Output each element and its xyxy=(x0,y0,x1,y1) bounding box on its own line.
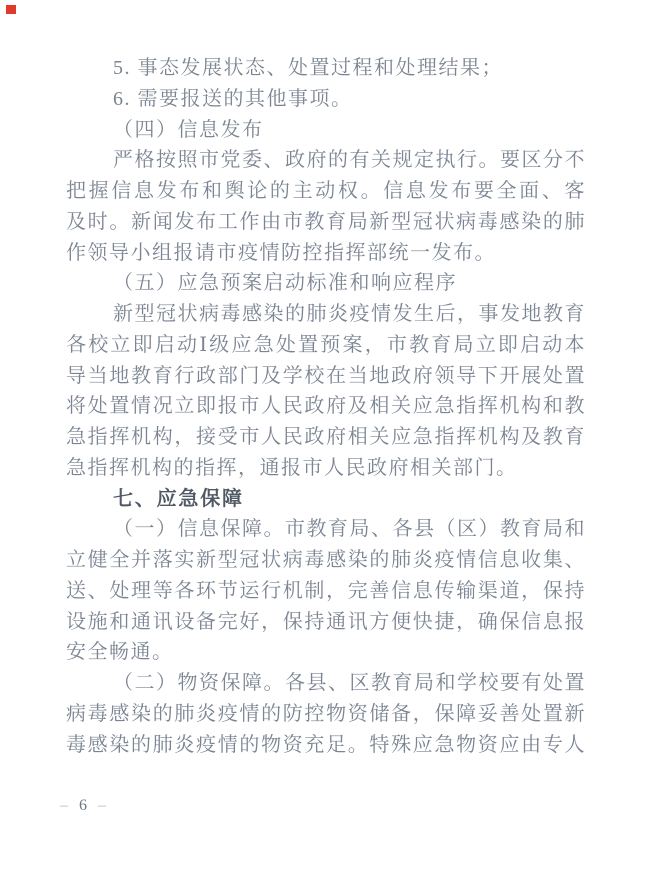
text-line: （二）物资保障。各县、区教育局和学校要有处置新型冠状 xyxy=(66,668,586,699)
text-line: 送、处理等各环节运行机制，完善信息传输渠道，保持信息传输 xyxy=(66,576,586,607)
text-line: 及时。新闻发布工作由市教育局新型冠状病毒感染的肺炎疫情工 xyxy=(66,207,586,238)
text-line: 导当地教育行政部门及学校在当地政府领导下开展处置工作，并 xyxy=(66,361,586,392)
page-number: –6– xyxy=(60,796,106,816)
text-line: 立健全并落实新型冠状病毒感染的肺炎疫情信息收集、传递、报 xyxy=(66,545,586,576)
text-line: 5. 事态发展状态、处置过程和处理结果； xyxy=(66,53,586,84)
text-line: 安全畅通。 xyxy=(66,637,586,668)
page-number-value: 6 xyxy=(79,797,87,814)
text-line: （一）信息保障。市教育局、各县（区）教育局和学校要建 xyxy=(66,514,586,545)
text-line: 新型冠状病毒感染的肺炎疫情发生后，事发地教育行政部门、 xyxy=(66,299,586,330)
text-line: （五）应急预案启动标准和响应程序 xyxy=(66,268,586,299)
red-corner-mark xyxy=(6,5,16,14)
text-line: 6. 需要报送的其他事项。 xyxy=(66,84,586,115)
text-line: 作领导小组报请市疫情防控指挥部统一发布。 xyxy=(66,238,586,269)
text-line: 急指挥机构，接受市人民政府相关应急指挥机构及教育厅相关应 xyxy=(66,422,586,453)
text-line: 各校立即启动Ⅰ级应急处置预案，市教育局立即启动本预案，指 xyxy=(66,330,586,361)
text-line: 设施和通讯设备完好，保持通讯方便快捷，确保信息报送渠道的 xyxy=(66,607,586,638)
text-line: 毒感染的肺炎疫情的物资充足。特殊应急物资应由专人保管，保 xyxy=(66,730,586,761)
text-line: 把握信息发布和舆论的主动权。信息发布要全面、客观、准确、 xyxy=(66,176,586,207)
text-line: 病毒感染的肺炎疫情的防控物资储备，保障妥善处置新型冠状病 xyxy=(66,699,586,730)
text-line: 严格按照市党委、政府的有关规定执行。要区分不同情况， xyxy=(66,145,586,176)
document-page: 5. 事态发展状态、处置过程和处理结果；6. 需要报送的其他事项。（四）信息发布… xyxy=(0,0,660,875)
section-heading: 七、应急保障 xyxy=(66,484,586,515)
text-line: 将处置情况立即报市人民政府及相关应急指挥机构和教育厅应 xyxy=(66,391,586,422)
text-line: 急指挥机构的指挥，通报市人民政府相关部门。 xyxy=(66,453,586,484)
page-number-dash-right: – xyxy=(98,797,106,814)
text-line: （四）信息发布 xyxy=(66,115,586,146)
page-number-dash-left: – xyxy=(60,797,68,814)
document-body: 5. 事态发展状态、处置过程和处理结果；6. 需要报送的其他事项。（四）信息发布… xyxy=(66,53,586,760)
